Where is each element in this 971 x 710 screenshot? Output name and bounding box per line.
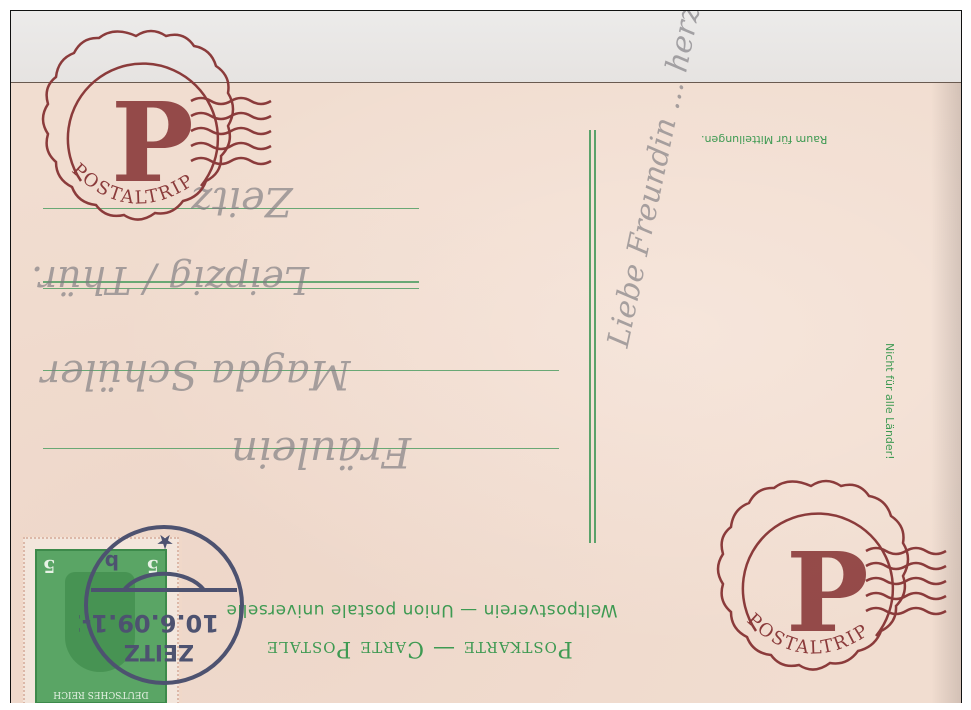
postmark-cancel: 10.6.09.1-2N. ZEITZ b ★	[79, 520, 249, 690]
postaltrip-watermark-bottom: P POSTALTRIP	[701, 471, 951, 691]
photo-frame: Raum für Mitteilungen. Nicht für alle Lä…	[10, 10, 962, 703]
divider-line-right	[594, 130, 596, 543]
postmark-date: 10.6.09.1-2N.	[79, 609, 219, 637]
star-icon: ★	[156, 530, 174, 554]
handwriting-line-3: Magda Schüler	[41, 351, 351, 397]
postmark-town: ZEITZ	[124, 639, 194, 664]
stamp-country: DEUTSCHES REICH	[37, 689, 165, 699]
message-area-label: Raum für Mitteilungen.	[701, 133, 827, 146]
handwriting-line-2: Leipzig / Thür.	[31, 258, 309, 302]
postmark-suffix: b	[105, 550, 119, 574]
side-note: Nicht für alle Länder!	[883, 343, 896, 460]
postaltrip-watermark-top: P POSTALTRIP	[26, 21, 276, 241]
card-title: Postkarte — Carte Postale	[266, 636, 573, 661]
divider-line-left	[589, 130, 591, 543]
union-line: Weltpostverein — Union postale universel…	[226, 600, 618, 620]
stamp-value-right: 5	[43, 555, 56, 576]
handwriting-line-4: Fräulein	[231, 428, 411, 477]
